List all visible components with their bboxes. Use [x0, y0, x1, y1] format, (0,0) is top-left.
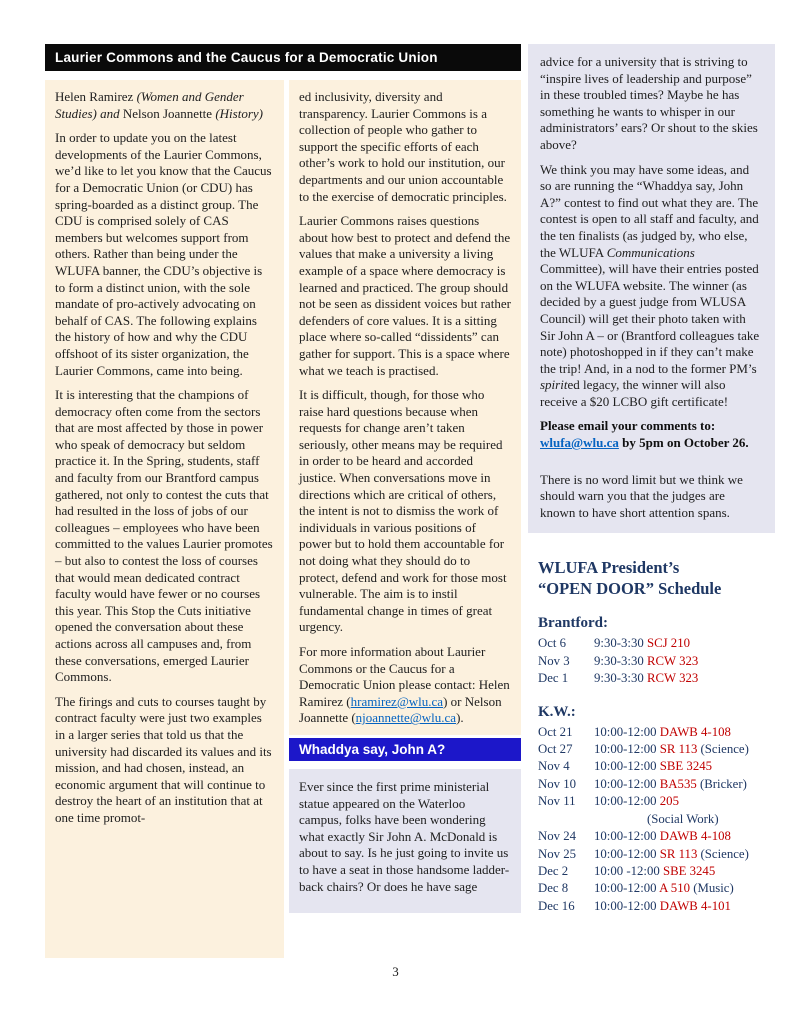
schedule-room: SR 113 — [660, 742, 698, 756]
schedule-time: 10:00-12:00 — [594, 742, 657, 756]
schedule-date: Dec 1 — [538, 670, 594, 687]
schedule-time: 10:00-12:00 — [594, 829, 657, 843]
text-segment: ). — [456, 710, 464, 725]
article-header-bar: Laurier Commons and the Caucus for a Dem… — [45, 44, 521, 71]
text-segment: Please email your comments to: — [540, 418, 715, 433]
schedule-date: Dec 8 — [538, 880, 594, 897]
contest-paragraph: There is no word limit but we think we s… — [540, 472, 763, 522]
schedule-note: (Science) — [701, 847, 749, 861]
contest-email-callout: Please email your comments to: wlufa@wlu… — [540, 418, 763, 451]
schedule-room: SCJ 210 — [647, 636, 690, 650]
contest-paragraph: Ever since the first prime ministerial s… — [299, 779, 511, 895]
text-segment: ed legacy, the winner will also receive … — [540, 377, 728, 409]
text-segment: Helen Ramirez — [55, 89, 137, 104]
schedule-row: Dec 8 10:00-12:00 A 510 (Music) — [538, 880, 775, 897]
schedule-detail: 10:00-12:00 DAWB 4-108 — [594, 828, 775, 845]
schedule-detail: 9:30-3:30 RCW 323 — [594, 653, 775, 670]
schedule-row: Oct 21 10:00-12:00 DAWB 4-108 — [538, 724, 775, 741]
contest-header-bar: Whaddya say, John A? — [289, 738, 521, 761]
schedule-row: Dec 2 10:00 -12:00 SBE 3245 — [538, 863, 775, 880]
schedule-row: Dec 16 10:00-12:00 DAWB 4-101 — [538, 898, 775, 915]
page-number: 3 — [0, 964, 791, 980]
schedule-note: (Science) — [701, 742, 749, 756]
schedule-date: Oct 21 — [538, 724, 594, 741]
contest-title: Whaddya say, John A? — [299, 742, 445, 757]
schedule-row: Nov 25 10:00-12:00 SR 113 (Science) — [538, 846, 775, 863]
schedule-note: (Bricker) — [700, 777, 747, 791]
schedule-detail: 10:00-12:00 A 510 (Music) — [594, 880, 775, 897]
schedule-date: Nov 25 — [538, 846, 594, 863]
schedule-date: Nov 24 — [538, 828, 594, 845]
schedule-row: Nov 3 9:30-3:30 RCW 323 — [538, 653, 775, 670]
open-door-schedule: WLUFA President’s “OPEN DOOR” Schedule B… — [528, 533, 775, 915]
article-paragraph: It is difficult, though, for those who r… — [299, 387, 511, 636]
schedule-detail: 10:00-12:00 DAWB 4-108 — [594, 724, 775, 741]
schedule-room: DAWB 4-108 — [660, 829, 731, 843]
schedule-section-label-kw: K.W.: — [538, 704, 775, 721]
email-link[interactable]: njoannette@wlu.ca — [356, 710, 456, 725]
schedule-detail: 10:00-12:00 205 (Social Work) — [594, 793, 775, 828]
article-paragraph: It is interesting that the champions of … — [55, 387, 274, 686]
schedule-row: Nov 11 10:00-12:00 205 (Social Work) — [538, 793, 775, 828]
schedule-section-label-brantford: Brantford: — [538, 615, 775, 632]
schedule-detail: 10:00-12:00 DAWB 4-101 — [594, 898, 775, 915]
schedule-time: 10:00-12:00 — [594, 847, 657, 861]
text-segment: Communications — [607, 245, 695, 260]
schedule-detail: 10:00-12:00 SR 113 (Science) — [594, 846, 775, 863]
text-segment: spirit — [540, 377, 567, 392]
email-link[interactable]: hramirez@wlu.ca — [351, 694, 443, 709]
schedule-date: Dec 2 — [538, 863, 594, 880]
schedule-title-line2: “OPEN DOOR” Schedule — [538, 578, 775, 599]
article-column-2: ed inclusivity, diversity and transparen… — [289, 80, 521, 913]
article-column-1: Helen Ramirez (Women and Gender Studies)… — [45, 80, 284, 958]
schedule-title: WLUFA President’s “OPEN DOOR” Schedule — [538, 557, 775, 599]
schedule-room: SBE 3245 — [660, 759, 712, 773]
article-paragraph: In order to update you on the latest dev… — [55, 130, 274, 379]
article-paragraph: The firings and cuts to courses taught b… — [55, 694, 274, 827]
schedule-time: 10:00 -12:00 — [594, 864, 660, 878]
schedule-date: Nov 3 — [538, 653, 594, 670]
schedule-detail: 9:30-3:30 SCJ 210 — [594, 635, 775, 652]
schedule-date: Oct 6 — [538, 635, 594, 652]
schedule-time: 10:00-12:00 — [594, 725, 657, 739]
schedule-title-line1: WLUFA President’s — [538, 557, 775, 578]
schedule-room: A 510 — [659, 881, 690, 895]
schedule-time: 9:30-3:30 — [594, 636, 644, 650]
schedule-room: DAWB 4-101 — [660, 899, 731, 913]
schedule-row: Nov 24 10:00-12:00 DAWB 4-108 — [538, 828, 775, 845]
newsletter-page: Laurier Commons and the Caucus for a Dem… — [0, 0, 791, 1024]
schedule-time: 9:30-3:30 — [594, 671, 644, 685]
schedule-detail: 9:30-3:30 RCW 323 — [594, 670, 775, 687]
article-contact-paragraph: For more information about Laurier Commo… — [299, 644, 511, 727]
contest-box-column-2: Ever since the first prime ministerial s… — [289, 769, 521, 913]
schedule-detail: 10:00-12:00 BA535 (Bricker) — [594, 776, 775, 793]
schedule-row: Nov 10 10:00-12:00 BA535 (Bricker) — [538, 776, 775, 793]
contest-paragraph: advice for a university that is striving… — [540, 54, 763, 154]
text-segment: (History) — [215, 106, 263, 121]
schedule-time: 10:00-12:00 — [594, 899, 657, 913]
schedule-room: SR 113 — [660, 847, 698, 861]
schedule-row: Oct 6 9:30-3:30 SCJ 210 — [538, 635, 775, 652]
schedule-room: DAWB 4-108 — [660, 725, 731, 739]
text-segment: Nelson Joannette — [123, 106, 215, 121]
article-column-3: advice for a university that is striving… — [528, 44, 775, 915]
schedule-detail: 10:00 -12:00 SBE 3245 — [594, 863, 775, 880]
schedule-room: 205 — [660, 794, 679, 808]
schedule-row: Oct 27 10:00-12:00 SR 113 (Science) — [538, 741, 775, 758]
schedule-row: Nov 4 10:00-12:00 SBE 3245 — [538, 758, 775, 775]
text-segment: by 5pm on October 26. — [619, 435, 749, 450]
schedule-detail: 10:00-12:00 SBE 3245 — [594, 758, 775, 775]
schedule-date: Oct 27 — [538, 741, 594, 758]
schedule-detail: 10:00-12:00 SR 113 (Science) — [594, 741, 775, 758]
article-paragraph: Laurier Commons raises questions about h… — [299, 213, 511, 379]
text-segment: Committee), will have their entries post… — [540, 261, 759, 376]
schedule-date: Nov 4 — [538, 758, 594, 775]
schedule-note: (Social Work) — [647, 811, 775, 828]
schedule-time: 9:30-3:30 — [594, 654, 644, 668]
schedule-time: 10:00-12:00 — [594, 881, 657, 895]
schedule-date: Nov 11 — [538, 793, 594, 828]
contest-paragraph: We think you may have some ideas, and so… — [540, 162, 763, 411]
article-column-2-main: ed inclusivity, diversity and transparen… — [289, 80, 521, 735]
schedule-note: (Music) — [693, 881, 734, 895]
schedule-room: RCW 323 — [647, 654, 698, 668]
schedule-time: 10:00-12:00 — [594, 794, 657, 808]
schedule-room: SBE 3245 — [663, 864, 715, 878]
article-title: Laurier Commons and the Caucus for a Dem… — [55, 50, 438, 65]
schedule-time: 10:00-12:00 — [594, 777, 657, 791]
email-link[interactable]: wlufa@wlu.ca — [540, 435, 619, 450]
article-byline: Helen Ramirez (Women and Gender Studies)… — [55, 89, 274, 122]
schedule-room: BA535 — [660, 777, 697, 791]
schedule-time: 10:00-12:00 — [594, 759, 657, 773]
schedule-row: Dec 1 9:30-3:30 RCW 323 — [538, 670, 775, 687]
schedule-date: Dec 16 — [538, 898, 594, 915]
schedule-date: Nov 10 — [538, 776, 594, 793]
article-paragraph: ed inclusivity, diversity and transparen… — [299, 89, 511, 205]
contest-box-column-3: advice for a university that is striving… — [528, 44, 775, 533]
schedule-room: RCW 323 — [647, 671, 698, 685]
